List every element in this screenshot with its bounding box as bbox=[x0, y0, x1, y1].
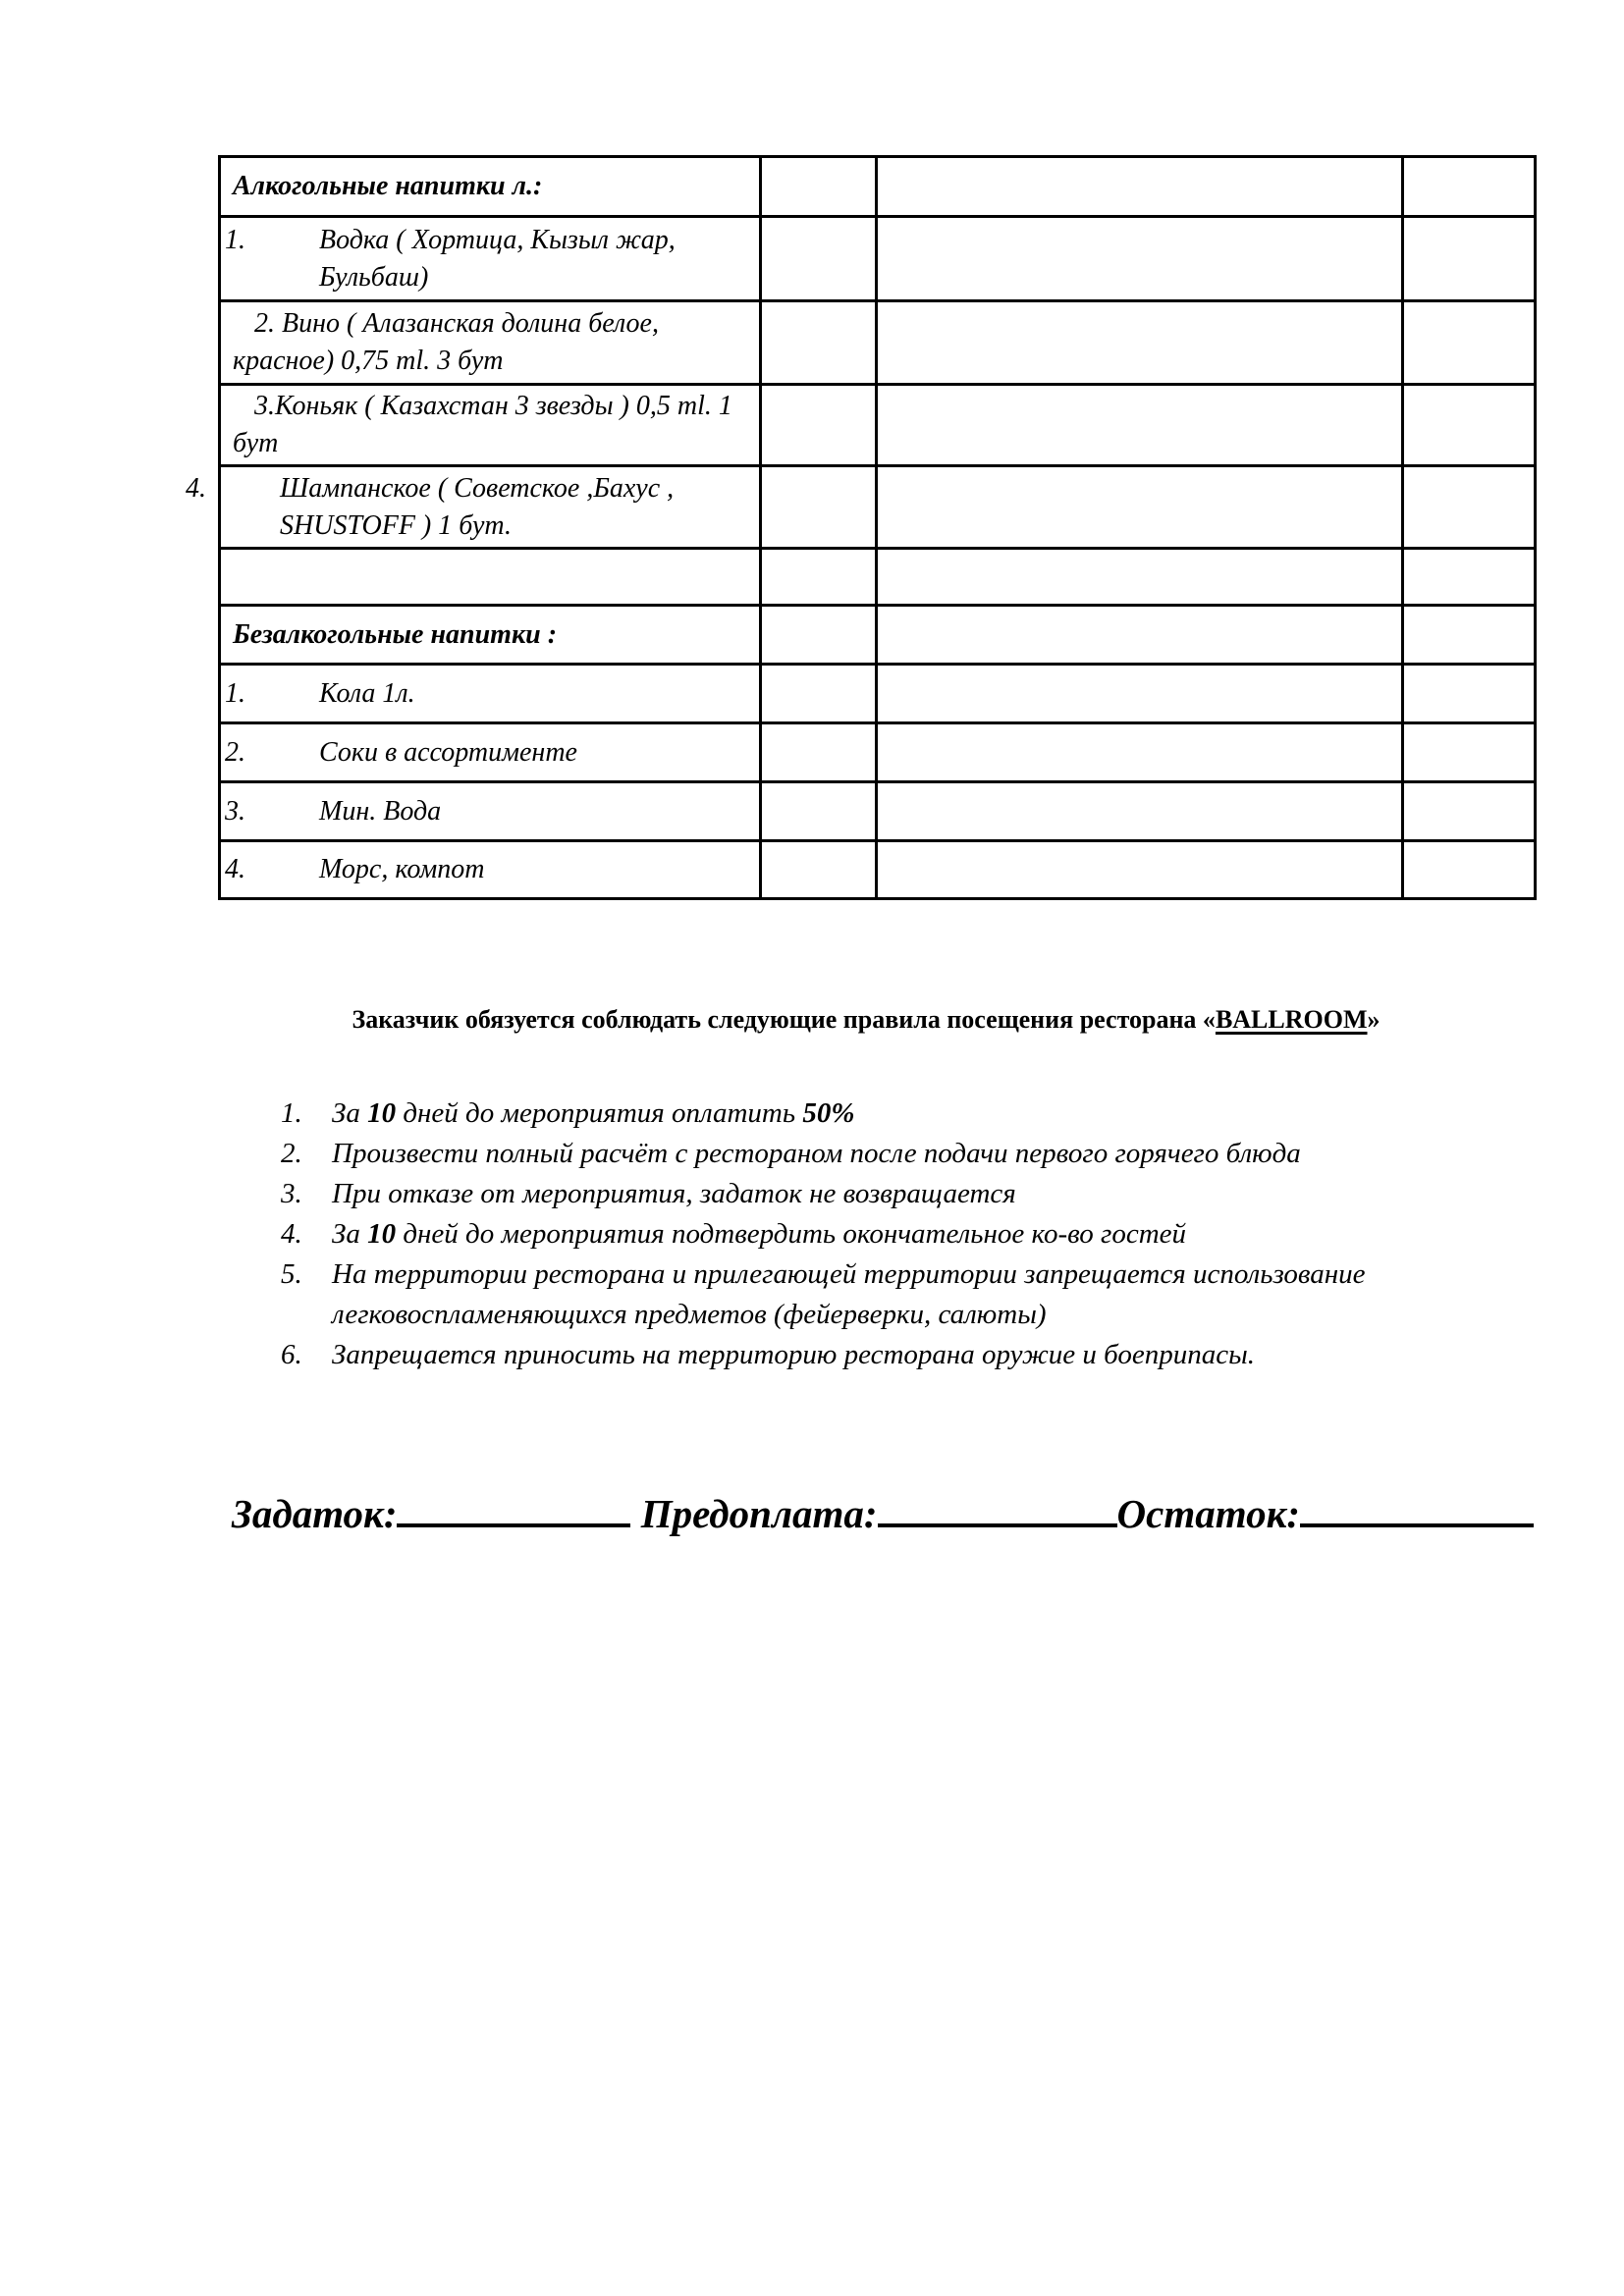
price-cell[interactable] bbox=[1403, 385, 1536, 466]
item-number: 1. bbox=[272, 222, 319, 259]
drink-name-cell bbox=[220, 549, 761, 606]
drink-name: Соки в ассортименте bbox=[319, 737, 577, 768]
payments-line: Задаток: Предоплата:Остаток: bbox=[232, 1488, 1534, 1538]
rule-item: 3.При отказе от мероприятия, задаток не … bbox=[281, 1174, 1557, 1214]
drink-name: Кола 1л. bbox=[319, 678, 415, 709]
rules-heading-prefix: Заказчик обязуется соблюдать следующие п… bbox=[352, 1005, 1215, 1034]
description-cell[interactable] bbox=[877, 466, 1403, 549]
rule-text: дней до мероприятия подтвердить окончате… bbox=[396, 1218, 1186, 1250]
qty-cell[interactable] bbox=[761, 665, 877, 723]
rules-heading: Заказчик обязуется соблюдать следующие п… bbox=[0, 1003, 1624, 1037]
price-cell[interactable] bbox=[1403, 217, 1536, 301]
description-cell[interactable] bbox=[877, 665, 1403, 723]
description-cell[interactable] bbox=[877, 549, 1403, 606]
rule-number: 3. bbox=[281, 1174, 302, 1214]
rule-text: Запрещается приносить на территорию рест… bbox=[332, 1339, 1255, 1370]
rule-text: При отказе от мероприятия, задаток не во… bbox=[332, 1178, 1016, 1209]
price-cell[interactable] bbox=[1403, 606, 1536, 665]
table-row: 2.Соки в ассортименте bbox=[220, 723, 1536, 782]
drink-name-cell: 2. Вино ( Алазанская долина белое, красн… bbox=[220, 301, 761, 385]
rule-text: дней до мероприятия оплатить bbox=[396, 1097, 802, 1129]
price-cell[interactable] bbox=[1403, 301, 1536, 385]
category-title: Алкогольные напитки л.: bbox=[233, 171, 542, 201]
table-row: 3.Коньяк ( Казахстан 3 звезды ) 0,5 ml. … bbox=[220, 385, 1536, 466]
description-cell[interactable] bbox=[877, 157, 1403, 217]
qty-cell[interactable] bbox=[761, 782, 877, 841]
drink-name-cell: 3.Коньяк ( Казахстан 3 звезды ) 0,5 ml. … bbox=[220, 385, 761, 466]
rule-emphasis: 10 bbox=[367, 1097, 396, 1129]
drink-name-cell: 3.Мин. Вода bbox=[220, 782, 761, 841]
rule-text: За bbox=[332, 1218, 367, 1250]
drink-name-cell: 2.Соки в ассортименте bbox=[220, 723, 761, 782]
table-row: Алкогольные напитки л.: bbox=[220, 157, 1536, 217]
price-cell[interactable] bbox=[1403, 549, 1536, 606]
rule-item: 1.За 10 дней до мероприятия оплатить 50% bbox=[281, 1094, 1557, 1134]
drink-name: 2. Вино ( Алазанская долина белое, красн… bbox=[233, 305, 747, 380]
description-cell[interactable] bbox=[877, 606, 1403, 665]
description-cell[interactable] bbox=[877, 301, 1403, 385]
qty-cell[interactable] bbox=[761, 606, 877, 665]
price-cell[interactable] bbox=[1403, 157, 1536, 217]
restaurant-name: BALLROOM bbox=[1216, 1005, 1368, 1034]
rule-item: 4.За 10 дней до мероприятия подтвердить … bbox=[281, 1214, 1557, 1255]
qty-cell[interactable] bbox=[761, 841, 877, 899]
balance-field[interactable] bbox=[1300, 1488, 1534, 1527]
price-cell[interactable] bbox=[1403, 466, 1536, 549]
table-row: 1.Кола 1л. bbox=[220, 665, 1536, 723]
rules-heading-suffix: » bbox=[1368, 1005, 1380, 1034]
drink-name-cell: Алкогольные напитки л.: bbox=[220, 157, 761, 217]
qty-cell[interactable] bbox=[761, 549, 877, 606]
description-cell[interactable] bbox=[877, 217, 1403, 301]
qty-cell[interactable] bbox=[761, 301, 877, 385]
item-number: 3. bbox=[272, 793, 319, 830]
qty-cell[interactable] bbox=[761, 723, 877, 782]
price-cell[interactable] bbox=[1403, 841, 1536, 899]
qty-cell[interactable] bbox=[761, 157, 877, 217]
description-cell[interactable] bbox=[877, 385, 1403, 466]
table-row: 2. Вино ( Алазанская долина белое, красн… bbox=[220, 301, 1536, 385]
rule-number: 2. bbox=[281, 1134, 302, 1174]
prepayment-field[interactable] bbox=[878, 1488, 1117, 1527]
item-number: 4. bbox=[233, 470, 280, 507]
rule-text: За bbox=[332, 1097, 367, 1129]
balance-label: Остаток: bbox=[1117, 1491, 1300, 1536]
item-number: 4. bbox=[272, 851, 319, 888]
rule-text: На территории ресторана и прилегающей те… bbox=[332, 1258, 1366, 1330]
rule-emphasis: 50% bbox=[802, 1097, 854, 1129]
table-row: 1.Водка ( Хортица, Кызыл жар, Бульбаш) bbox=[220, 217, 1536, 301]
qty-cell[interactable] bbox=[761, 217, 877, 301]
table-row: Безалкогольные напитки : bbox=[220, 606, 1536, 665]
document-page: Алкогольные напитки л.:1.Водка ( Хортица… bbox=[0, 0, 1624, 2296]
item-number: 2. bbox=[272, 734, 319, 772]
drink-name: Морс, компот bbox=[319, 854, 484, 884]
drink-name-cell: 4.Морс, компот bbox=[220, 841, 761, 899]
item-number: 1. bbox=[272, 675, 319, 713]
prepayment-label: Предоплата: bbox=[641, 1491, 878, 1536]
drink-name: Мин. Вода bbox=[319, 796, 441, 827]
price-cell[interactable] bbox=[1403, 723, 1536, 782]
drink-name: 3.Коньяк ( Казахстан 3 звезды ) 0,5 ml. … bbox=[233, 388, 747, 462]
table-row: 3.Мин. Вода bbox=[220, 782, 1536, 841]
table-row: 4.Шампанское ( Советское ,Бахус , SHUSTO… bbox=[220, 466, 1536, 549]
description-cell[interactable] bbox=[877, 723, 1403, 782]
drink-name-cell: 1.Водка ( Хортица, Кызыл жар, Бульбаш) bbox=[220, 217, 761, 301]
qty-cell[interactable] bbox=[761, 385, 877, 466]
price-cell[interactable] bbox=[1403, 665, 1536, 723]
rule-item: 6.Запрещается приносить на территорию ре… bbox=[281, 1335, 1557, 1375]
deposit-label: Задаток: bbox=[232, 1491, 397, 1536]
description-cell[interactable] bbox=[877, 841, 1403, 899]
qty-cell[interactable] bbox=[761, 466, 877, 549]
rules-list: 1.За 10 дней до мероприятия оплатить 50%… bbox=[281, 1094, 1557, 1375]
rule-item: 5.На территории ресторана и прилегающей … bbox=[281, 1255, 1557, 1335]
drink-name-cell: 4.Шампанское ( Советское ,Бахус , SHUSTO… bbox=[220, 466, 761, 549]
rule-number: 1. bbox=[281, 1094, 302, 1134]
drink-name-cell: 1.Кола 1л. bbox=[220, 665, 761, 723]
drink-name-cell: Безалкогольные напитки : bbox=[220, 606, 761, 665]
drinks-table: Алкогольные напитки л.:1.Водка ( Хортица… bbox=[218, 155, 1537, 900]
rule-number: 4. bbox=[281, 1214, 302, 1255]
rule-number: 5. bbox=[281, 1255, 302, 1295]
deposit-field[interactable] bbox=[397, 1488, 630, 1527]
rule-emphasis: 10 bbox=[367, 1218, 396, 1250]
drink-name: Водка ( Хортица, Кызыл жар, Бульбаш) bbox=[319, 225, 676, 293]
rule-text: Произвести полный расчёт с рестораном по… bbox=[332, 1138, 1301, 1169]
description-cell[interactable] bbox=[877, 782, 1403, 841]
category-title: Безалкогольные напитки : bbox=[233, 619, 557, 650]
price-cell[interactable] bbox=[1403, 782, 1536, 841]
drink-name: Шампанское ( Советское ,Бахус , SHUSTOFF… bbox=[280, 473, 674, 541]
table-row bbox=[220, 549, 1536, 606]
rule-item: 2.Произвести полный расчёт с рестораном … bbox=[281, 1134, 1557, 1174]
rule-number: 6. bbox=[281, 1335, 302, 1375]
drinks-table-body: Алкогольные напитки л.:1.Водка ( Хортица… bbox=[220, 157, 1536, 899]
table-row: 4.Морс, компот bbox=[220, 841, 1536, 899]
